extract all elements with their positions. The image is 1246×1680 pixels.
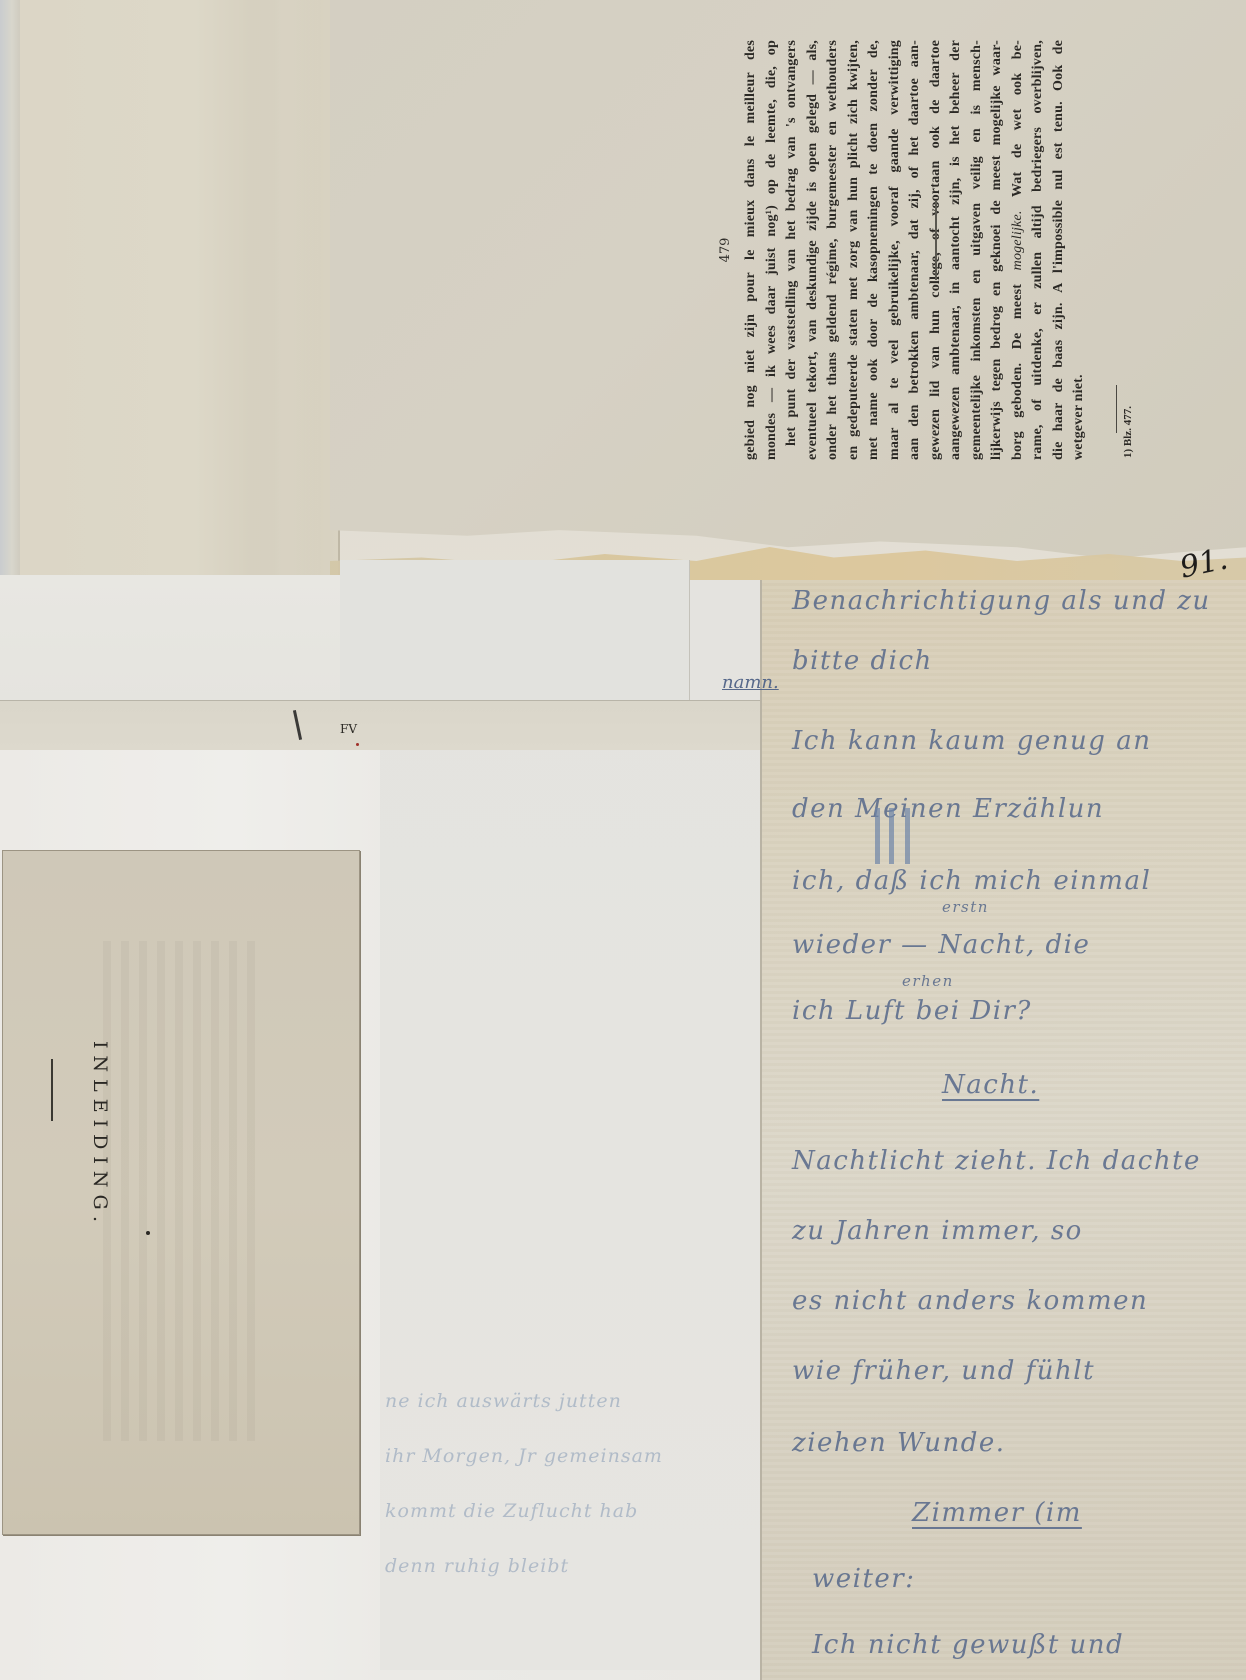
title-rule	[51, 1059, 53, 1121]
handwriting-line: Benachrichtigung als und zu	[792, 586, 1211, 616]
italic-emphasis: mogelijke.	[1010, 210, 1025, 270]
book-page-text: 479 gebied nog niet zijn pour le mieux d…	[378, 30, 798, 450]
collage-canvas: 479 gebied nog niet zijn pour le mieux d…	[0, 0, 1246, 1680]
book-line: borg geboden. De meest mogelijke. Wat de…	[1008, 40, 1029, 460]
book-line: gemeentelijke inkomsten en uitgaven veil…	[967, 40, 988, 460]
book-line: mondes — ik wees daar juist nog¹) op de …	[762, 40, 783, 460]
handwriting-heading: Nacht.	[942, 1070, 1039, 1100]
book-line: maar al te veel gebruikelijke, vooraf ga…	[885, 40, 906, 460]
title-page: INLEIDING.	[2, 850, 360, 1535]
interlinear-note: erstn	[942, 898, 989, 916]
footnote: 1) Blz. 477.	[1122, 378, 1142, 468]
handwriting-heading: Zimmer (im	[912, 1498, 1082, 1528]
handwriting-line: wieder — Nacht, die	[792, 930, 1090, 960]
faded-handwriting-line: kommt die Zuflucht hab	[385, 1500, 638, 1522]
handwriting-line: es nicht anders kommen	[792, 1286, 1148, 1316]
handwriting-line: ziehen Wunde.	[792, 1428, 1006, 1458]
book-line: wetgever niet.	[1069, 40, 1090, 460]
book-line: die haar de baas zijn. A l'impossible nu…	[1049, 40, 1070, 460]
handwriting-line: ich Luft bei Dir?	[792, 996, 1032, 1026]
handwriting-line: wie früher, und fühlt	[792, 1356, 1095, 1386]
book-line: en gedeputeerde staten met zorg van hun …	[844, 40, 865, 460]
title-text-wrap: INLEIDING.	[85, 1041, 125, 1241]
handwriting-line: Ich nicht gewußt und	[812, 1630, 1124, 1660]
book-line: met name ook door de kasopnemingen te do…	[864, 40, 885, 460]
faded-handwriting-line: ihr Morgen, Jr gemeinsam	[385, 1445, 663, 1467]
faded-handwriting-line: denn ruhig bleibt	[385, 1555, 569, 1577]
book-line: onder het thans geldend régime, burgemee…	[823, 40, 844, 460]
book-line: aan den betrokken ambtenaar, dat zij, of…	[905, 40, 926, 460]
book-line: eventueel tekort, van deskundige zijde i…	[803, 40, 824, 460]
faded-handwriting-line: ne ich auswärts jutten	[385, 1390, 622, 1412]
book-line: lijkerwijs tegen bedrog en geknoei de me…	[987, 40, 1008, 460]
footnote-rule	[1116, 385, 1117, 433]
footnote-text: 1) Blz. 477.	[1122, 438, 1134, 458]
book-line: gebied nog niet zijn pour le mieux dans …	[741, 40, 762, 460]
middle-paper-strip	[0, 700, 780, 750]
interlinear-note: erhen	[902, 972, 954, 990]
handwriting-line: Nachtlicht zieht. Ich dachte	[792, 1146, 1201, 1176]
middle-grey-patch	[340, 560, 690, 710]
fragment-label: FV	[340, 722, 357, 736]
ink-dot	[146, 1231, 150, 1235]
top-left-paper	[20, 0, 340, 580]
handwriting-line: zu Jahren immer, so	[792, 1216, 1083, 1246]
book-line: aangewezen ambtenaar, in aantocht zijn, …	[946, 40, 967, 460]
book-line: het punt der vaststelling van het bedrag…	[782, 40, 803, 460]
pencil-strike-marks	[875, 808, 925, 868]
handwriting-line: den Meinen Erzählun	[792, 794, 1104, 824]
handwriting-line: ich, daß ich mich einmal	[792, 866, 1151, 896]
handwriting-line: Ich kann kaum genug an	[792, 726, 1151, 756]
handwritten-letter-page: Benachrichtigung als und zu bitte dich I…	[760, 580, 1246, 1680]
left-edge-strip	[0, 0, 22, 580]
book-line: rame, of uitdenke, er zullen altijd bedr…	[1028, 40, 1049, 460]
red-dot	[356, 743, 359, 746]
ink-mark	[290, 710, 314, 750]
letter-left-fragment: namn.	[722, 672, 779, 693]
handwriting-line: bitte dich	[792, 646, 933, 676]
bleed-through-text	[103, 941, 263, 1441]
handwriting-line: weiter:	[812, 1564, 915, 1594]
book-page-number: 479	[718, 40, 733, 460]
page-rule	[935, 200, 937, 280]
title-text: INLEIDING.	[89, 1041, 111, 1081]
